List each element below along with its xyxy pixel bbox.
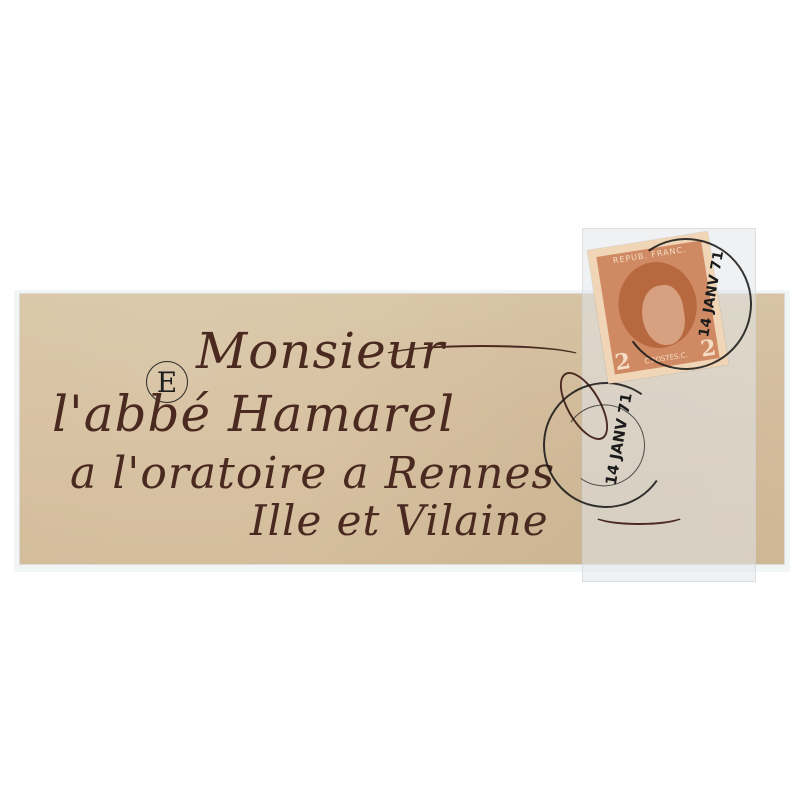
postal-cover-photo: E Monsieur l'abbé Hamarel a l'oratoire a… — [0, 0, 800, 800]
address-line-4: Ille et Vilaine — [250, 496, 549, 545]
address-line-3: a l'oratoire a Rennes — [70, 448, 555, 499]
stamp-value-left: 2 — [613, 350, 632, 374]
address-line-2: l'abbé Hamarel — [52, 385, 455, 443]
address-line-1: Monsieur — [196, 322, 445, 380]
